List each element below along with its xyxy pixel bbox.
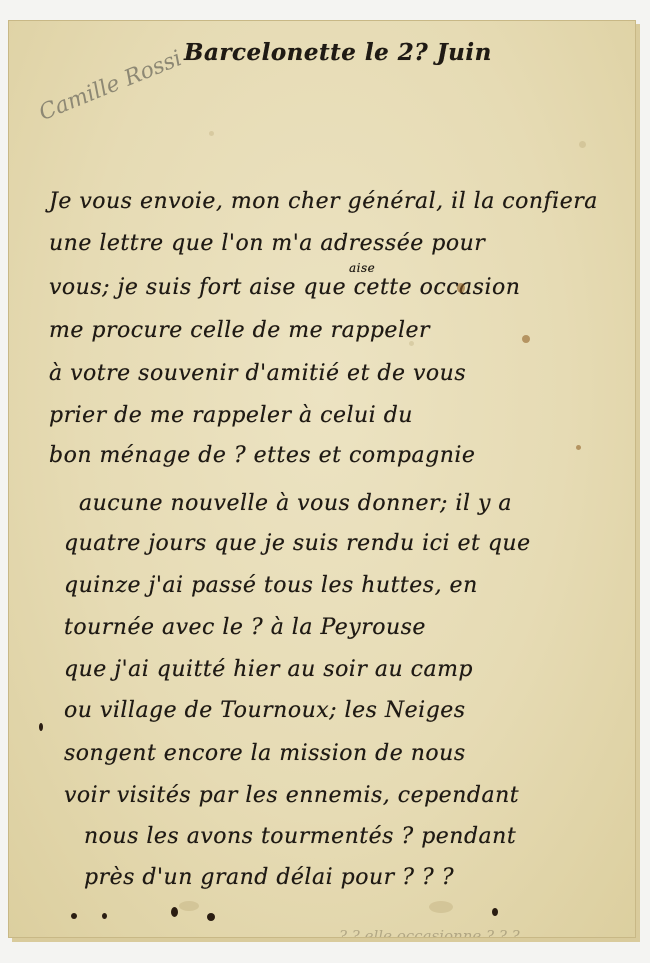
ink-blot: [71, 913, 77, 919]
body-line: une lettre que l'on m'a adressée pour: [49, 231, 485, 256]
ink-stain: [576, 445, 581, 450]
body-line: quatre jours que je suis rendu ici et qu…: [64, 531, 531, 556]
letter-page: Barcelonette le 2? Juin Camille Rossi Je…: [8, 20, 636, 938]
ink-stain: [522, 335, 530, 343]
ink-stain: [457, 283, 465, 293]
pencil-annotation: Camille Rossi: [36, 46, 186, 126]
foxing-spot: [429, 901, 453, 913]
body-line: me procure celle de me rappeler: [49, 318, 430, 343]
body-line: à votre souvenir d'amitié et de vous: [49, 361, 466, 386]
body-line: vous; je suis fort aise que cette occasi…: [49, 275, 520, 300]
body-line: aucune nouvelle à vous donner; il y a: [79, 491, 512, 516]
ink-blot: [492, 908, 498, 916]
body-line: ou village de Tournoux; les Neiges: [64, 698, 466, 723]
interlinear-note: aise: [349, 261, 375, 275]
dateline: Barcelonette le 2? Juin: [184, 39, 492, 66]
bleed-through-text: ? ? elle occasionne ? ? ?: [339, 927, 520, 938]
ink-blot: [171, 907, 178, 917]
body-line: quinze j'ai passé tous les huttes, en: [64, 573, 478, 598]
body-line: tournée avec le ? à la Peyrouse: [64, 615, 426, 640]
body-line: songent encore la mission de nous: [64, 741, 466, 766]
foxing-spot: [579, 141, 586, 148]
body-line: bon ménage de ? ettes et compagnie: [49, 443, 475, 468]
foxing-spot: [209, 131, 214, 136]
ink-blot: [207, 913, 215, 921]
body-line: près d'un grand délai pour ? ? ?: [84, 865, 454, 890]
body-line: voir visités par les ennemis, cependant: [64, 783, 519, 808]
body-line: nous les avons tourmentés ? pendant: [84, 824, 516, 849]
body-line: Je vous envoie, mon cher général, il la …: [49, 189, 598, 214]
body-line: que j'ai quitté hier au soir au camp: [64, 657, 473, 682]
ink-blot: [102, 913, 107, 919]
foxing-spot: [179, 901, 199, 911]
ink-blot: [39, 723, 43, 731]
body-line: prier de me rappeler à celui du: [49, 403, 413, 428]
